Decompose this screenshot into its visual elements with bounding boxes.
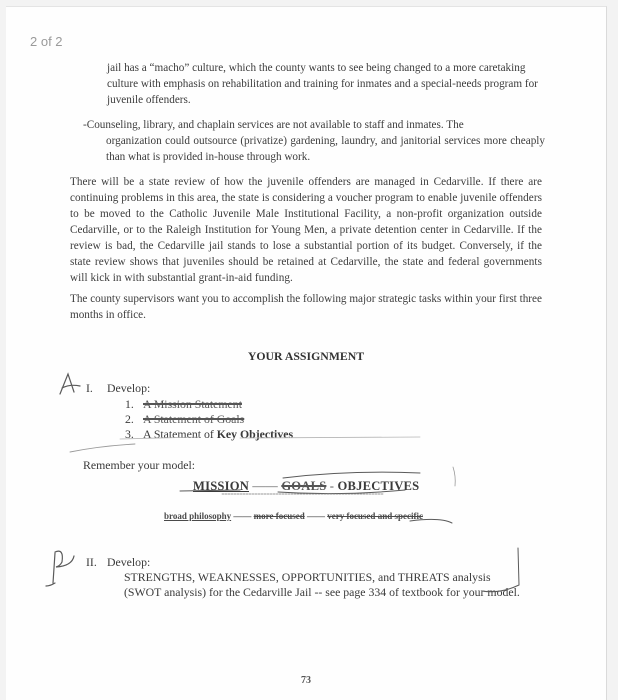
model-scale: broad philosophy —— more focused —— very… <box>164 511 423 521</box>
model-objectives: OBJECTIVES <box>338 479 420 493</box>
counseling-first-line: -Counseling, library, and chaplain servi… <box>83 119 464 131</box>
section2-label: II. <box>86 555 97 570</box>
remember-model-label: Remember your model: <box>83 458 195 473</box>
page-counter: 2 of 2 <box>30 34 63 49</box>
key-objectives: Key Objectives <box>217 427 293 441</box>
paragraph-state-review: There will be a state review of how the … <box>70 174 542 286</box>
swot-instructions: STRENGTHS, WEAKNESSES, OPPORTUNITIES, an… <box>124 570 520 600</box>
scale-very: very focused and specific <box>327 511 423 521</box>
model-goals: GOALS <box>281 479 326 493</box>
model-mission: MISSION <box>193 479 249 493</box>
model-diagram: MISSION —— GOALS - OBJECTIVES <box>193 479 419 494</box>
struck-item-mission: A Mission Statement <box>143 397 242 411</box>
scale-broad: broad philosophy <box>164 511 231 521</box>
page-number: 73 <box>6 675 606 686</box>
list-item: 2.A Statement of Goals <box>125 412 293 427</box>
section2-develop: Develop: <box>107 555 150 570</box>
paragraph-counseling: -Counseling, library, and chaplain servi… <box>83 117 545 165</box>
document-page: 2 of 2 jail has a “macho” culture, which… <box>6 6 607 700</box>
assignment-heading: YOUR ASSIGNMENT <box>6 349 606 364</box>
section1-develop: Develop: <box>107 381 150 396</box>
struck-item-goals: A Statement of Goals <box>143 412 244 426</box>
section1-label: I. <box>86 381 93 396</box>
objectives-list: 1.A Mission Statement 2.A Statement of G… <box>125 397 293 442</box>
counseling-rest: organization could outsource (privatize)… <box>83 133 545 165</box>
list-item: 1.A Mission Statement <box>125 397 293 412</box>
paragraph-supervisors: The county supervisors want you to accom… <box>70 291 542 323</box>
paragraph-macho-culture: jail has a “macho” culture, which the co… <box>107 60 547 108</box>
list-item: 3.A Statement of Key Objectives <box>125 427 293 442</box>
scale-more: more focused <box>254 511 305 521</box>
